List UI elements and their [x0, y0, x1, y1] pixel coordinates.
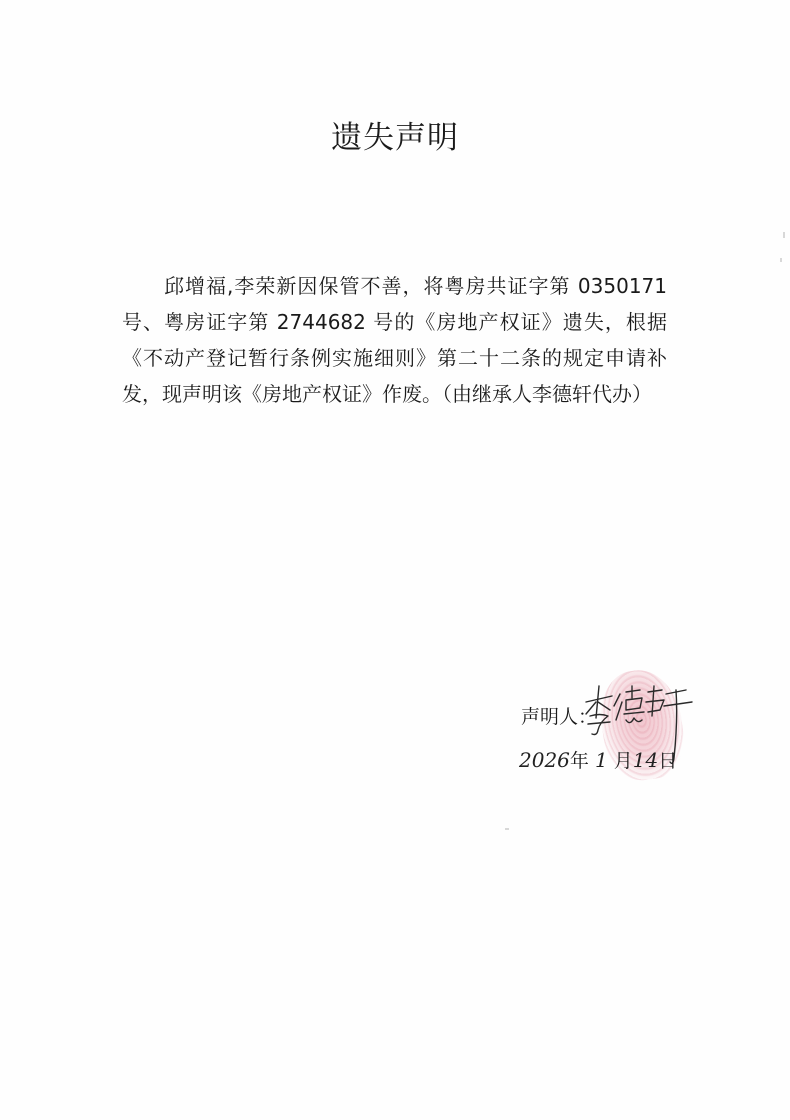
declaration-body: 邱增福,李荣新因保管不善，将粤房共证字第 0350171 号、粤房证字第 274…	[122, 268, 667, 412]
date-day: 14	[633, 748, 658, 772]
scan-artifact	[505, 828, 509, 830]
document-page: 遗失声明 邱增福,李荣新因保管不善，将粤房共证字第 0350171 号、粤房证字…	[0, 0, 790, 1120]
scan-artifact	[783, 232, 785, 238]
scan-artifact	[780, 258, 782, 262]
declaration-date: 2026年 1 月14日	[519, 746, 677, 773]
declaration-paragraph: 邱增福,李荣新因保管不善，将粤房共证字第 0350171 号、粤房证字第 274…	[122, 268, 667, 412]
date-month: 1	[595, 748, 608, 772]
date-month-suffix: 月	[614, 750, 633, 772]
date-day-suffix: 日	[658, 750, 677, 772]
document-title: 遗失声明	[0, 112, 790, 157]
date-year: 2026	[519, 748, 570, 772]
date-year-suffix: 年	[570, 750, 589, 772]
